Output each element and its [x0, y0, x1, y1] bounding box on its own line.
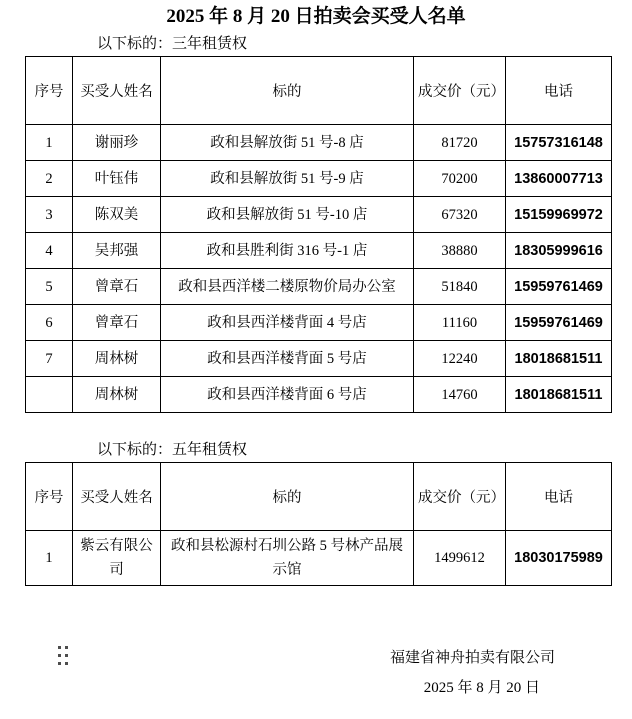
cell-buyer-name: 曾章石 — [73, 305, 161, 341]
cell-buyer-name: 曾章石 — [73, 269, 161, 305]
cell-seq-no: 2 — [26, 161, 73, 197]
table-row: 周林树政和县西洋楼背面 6 号店1476018018681511 — [26, 377, 612, 413]
cell-phone: 13860007713 — [506, 161, 612, 197]
cell-price: 51840 — [414, 269, 506, 305]
table-header-row: 序号买受人姓名标的成交价（元）电话 — [26, 463, 612, 531]
cell-seq-no: 6 — [26, 305, 73, 341]
subtitle-three-year-lease: 以下标的：三年租赁权 — [97, 35, 632, 53]
column-header: 序号 — [26, 57, 73, 125]
cell-price: 14760 — [414, 377, 506, 413]
cell-buyer-name: 周林树 — [73, 341, 161, 377]
cell-buyer-name: 周林树 — [73, 377, 161, 413]
cell-seq-no: 4 — [26, 233, 73, 269]
table-row: 7周林树政和县西洋楼背面 5 号店1224018018681511 — [26, 341, 612, 377]
cell-subject: 政和县解放街 51 号-10 店 — [161, 197, 414, 233]
table-row: 4吴邦强政和县胜利街 316 号-1 店3888018305999616 — [26, 233, 612, 269]
cell-buyer-name: 紫云有限公司 — [73, 531, 161, 586]
cell-subject: 政和县西洋楼背面 5 号店 — [161, 341, 414, 377]
cell-price: 70200 — [414, 161, 506, 197]
cell-subject: 政和县胜利街 316 号-1 店 — [161, 233, 414, 269]
cell-phone: 15959761469 — [506, 305, 612, 341]
column-header: 标的 — [161, 463, 414, 531]
cell-seq-no: 3 — [26, 197, 73, 233]
cell-subject: 政和县解放街 51 号-9 店 — [161, 161, 414, 197]
cell-price: 1499612 — [414, 531, 506, 586]
cell-seq-no: 1 — [26, 531, 73, 586]
cell-price: 67320 — [414, 197, 506, 233]
cell-buyer-name: 吴邦强 — [73, 233, 161, 269]
buyers-table-five-year: 序号买受人姓名标的成交价（元）电话 1紫云有限公司政和县松源村石圳公路 5 号林… — [25, 462, 612, 586]
cell-subject: 政和县西洋楼背面 4 号店 — [161, 305, 414, 341]
cell-buyer-name: 叶钰伟 — [73, 161, 161, 197]
cell-buyer-name: 陈双美 — [73, 197, 161, 233]
cell-price: 38880 — [414, 233, 506, 269]
cell-subject: 政和县解放街 51 号-8 店 — [161, 125, 414, 161]
cell-phone: 18018681511 — [506, 341, 612, 377]
cell-seq-no: 1 — [26, 125, 73, 161]
cell-phone: 15757316148 — [506, 125, 612, 161]
six-dot-drag-handle-icon[interactable] — [58, 646, 68, 665]
cell-phone: 18018681511 — [506, 377, 612, 413]
column-header: 电话 — [506, 463, 612, 531]
document-page: 2025 年 8 月 20 日拍卖会买受人名单 以下标的：三年租赁权 序号买受人… — [0, 4, 632, 719]
column-header: 成交价（元） — [414, 463, 506, 531]
cell-phone: 15959761469 — [506, 269, 612, 305]
subtitle-five-year-lease: 以下标的：五年租赁权 — [97, 441, 632, 459]
footer-company-name: 福建省神舟拍卖有限公司 — [390, 649, 555, 667]
page-title: 2025 年 8 月 20 日拍卖会买受人名单 — [0, 4, 632, 29]
table-row: 5曾章石政和县西洋楼二楼原物价局办公室5184015959761469 — [26, 269, 612, 305]
cell-subject: 政和县西洋楼二楼原物价局办公室 — [161, 269, 414, 305]
table-row: 1紫云有限公司政和县松源村石圳公路 5 号林产品展示馆1499612180301… — [26, 531, 612, 586]
cell-price: 81720 — [414, 125, 506, 161]
cell-price: 11160 — [414, 305, 506, 341]
column-header: 序号 — [26, 463, 73, 531]
table-row: 6曾章石政和县西洋楼背面 4 号店1116015959761469 — [26, 305, 612, 341]
column-header: 买受人姓名 — [73, 463, 161, 531]
cell-seq-no: 5 — [26, 269, 73, 305]
cell-phone: 18305999616 — [506, 233, 612, 269]
table-row: 1谢丽珍政和县解放街 51 号-8 店8172015757316148 — [26, 125, 612, 161]
document-footer: 福建省神舟拍卖有限公司 2025 年 8 月 20 日 — [0, 586, 632, 708]
section-three-year-lease: 以下标的：三年租赁权 序号买受人姓名标的成交价（元）电话 1谢丽珍政和县解放街 … — [0, 35, 632, 413]
cell-phone: 18030175989 — [506, 531, 612, 586]
column-header: 买受人姓名 — [73, 57, 161, 125]
cell-price: 12240 — [414, 341, 506, 377]
cell-subject: 政和县西洋楼背面 6 号店 — [161, 377, 414, 413]
column-header: 电话 — [506, 57, 612, 125]
buyers-table-three-year: 序号买受人姓名标的成交价（元）电话 1谢丽珍政和县解放街 51 号-8 店817… — [25, 56, 612, 413]
table-row: 3陈双美政和县解放街 51 号-10 店6732015159969972 — [26, 197, 612, 233]
cell-subject: 政和县松源村石圳公路 5 号林产品展示馆 — [161, 531, 414, 586]
cell-phone: 15159969972 — [506, 197, 612, 233]
table-header-row: 序号买受人姓名标的成交价（元）电话 — [26, 57, 612, 125]
table-row: 2叶钰伟政和县解放街 51 号-9 店7020013860007713 — [26, 161, 612, 197]
cell-buyer-name: 谢丽珍 — [73, 125, 161, 161]
column-header: 成交价（元） — [414, 57, 506, 125]
cell-seq-no: 7 — [26, 341, 73, 377]
footer-date: 2025 年 8 月 20 日 — [424, 679, 540, 697]
column-header: 标的 — [161, 57, 414, 125]
section-five-year-lease: 以下标的：五年租赁权 序号买受人姓名标的成交价（元）电话 1紫云有限公司政和县松… — [0, 441, 632, 586]
cell-seq-no — [26, 377, 73, 413]
